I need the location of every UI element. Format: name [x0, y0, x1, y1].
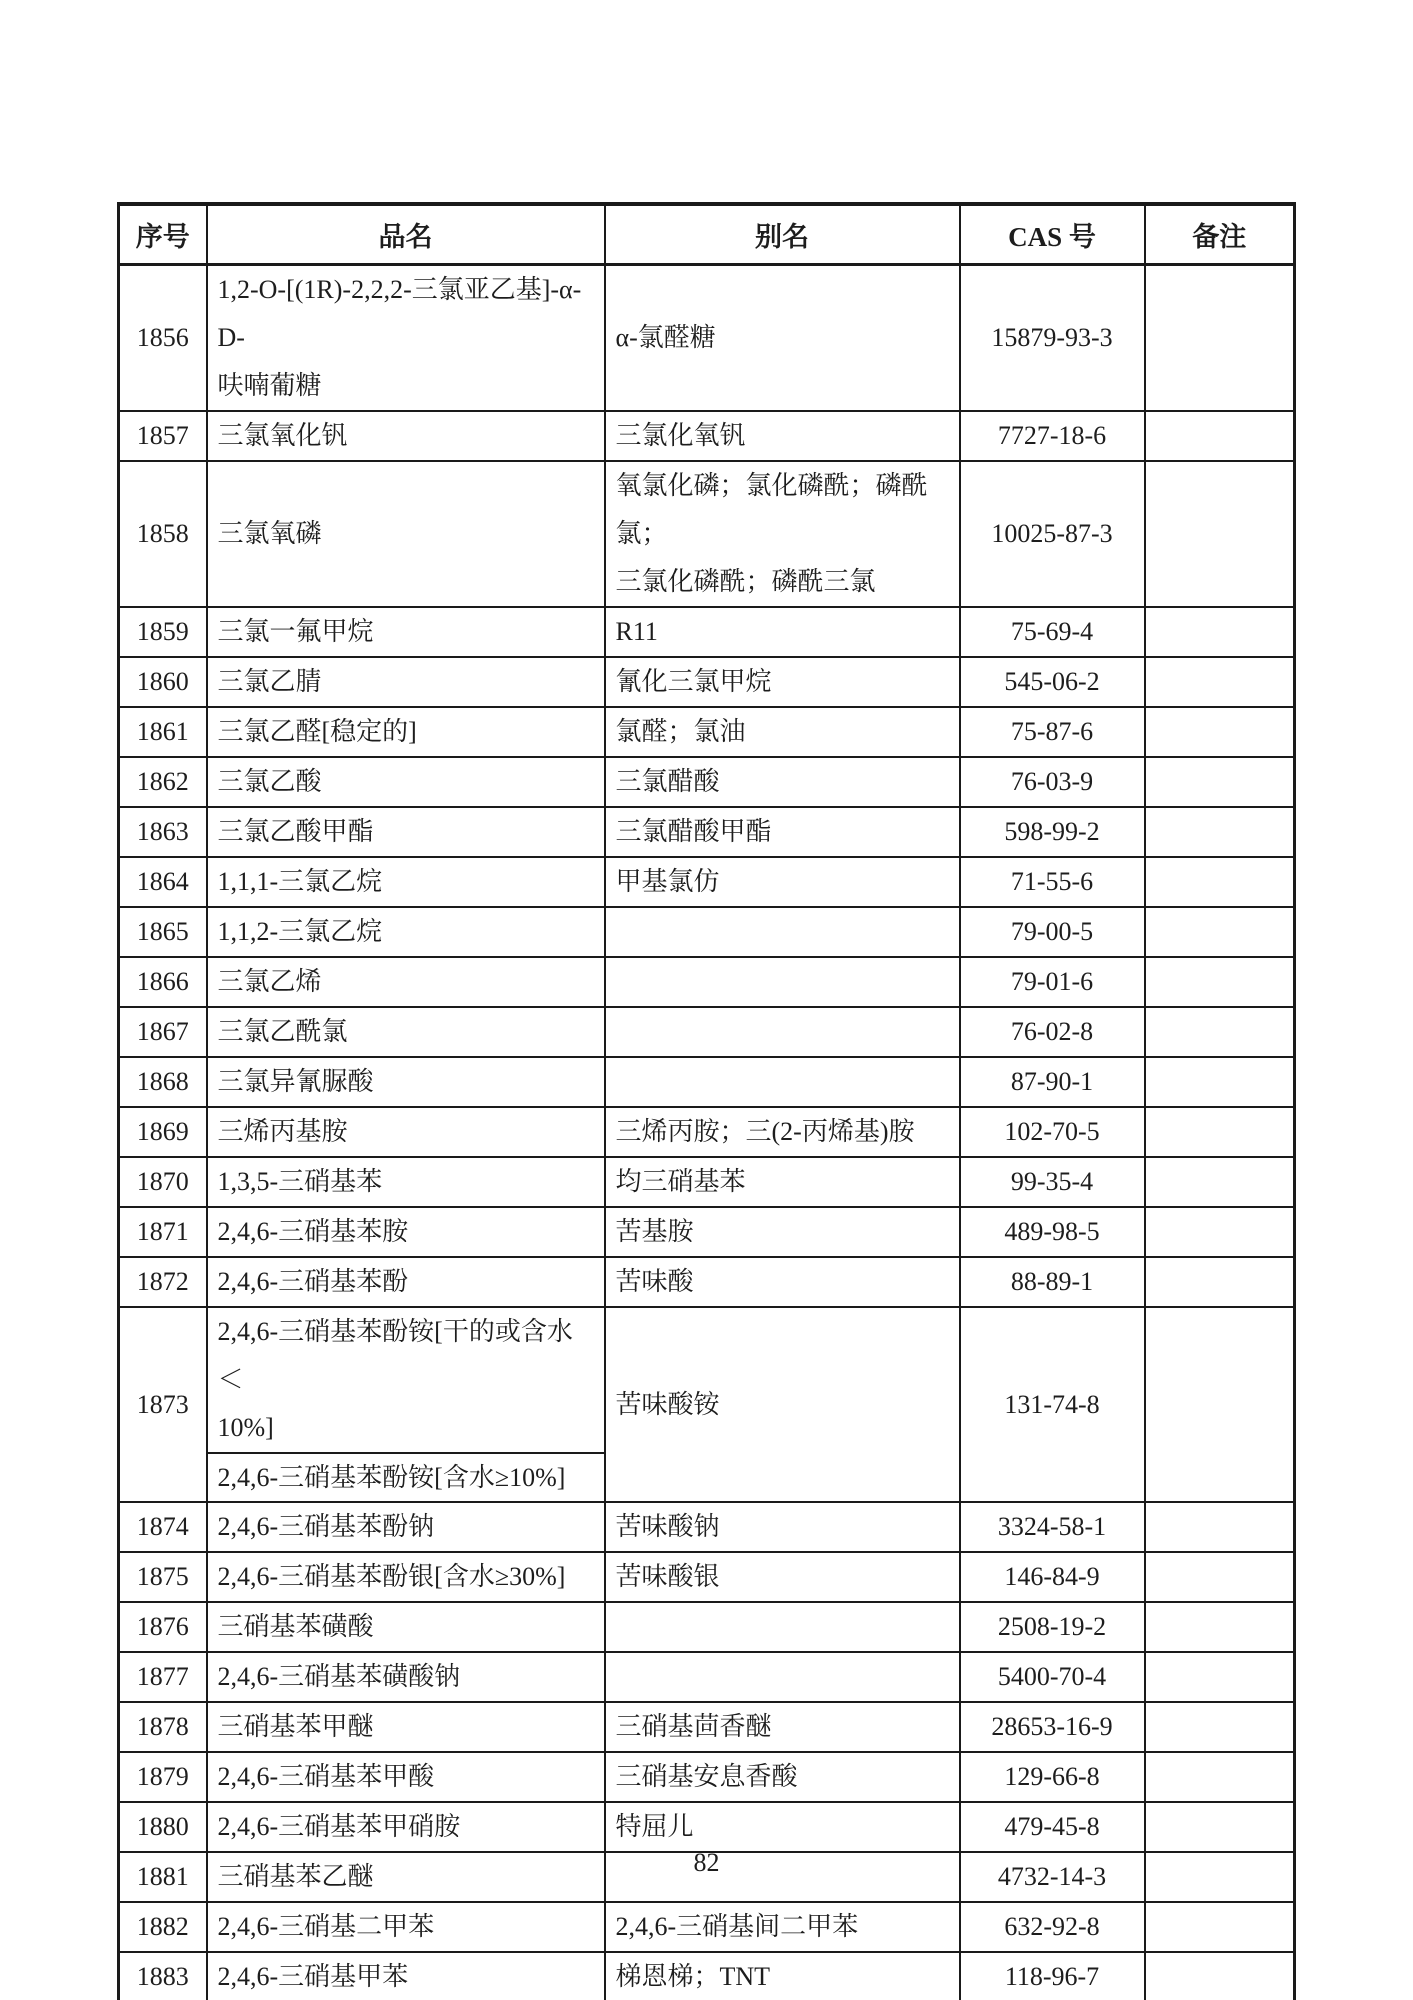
cell-serial: 1882	[119, 1902, 207, 1952]
cell-serial: 1859	[119, 607, 207, 657]
table-row: 1868三氯异氰脲酸87-90-1	[119, 1057, 1295, 1107]
cell-name: 1,1,1-三氯乙烷	[207, 857, 605, 907]
cell-alias: 氰化三氯甲烷	[605, 657, 960, 707]
cell-remark	[1145, 807, 1295, 857]
cell-alias: 苦味酸银	[605, 1552, 960, 1602]
cell-cas: 2508-19-2	[960, 1602, 1145, 1652]
text-line: 2,4,6-三硝基苯酚铵[干的或含水＜	[218, 1308, 594, 1404]
table-row: 1861三氯乙醛[稳定的]氯醛；氯油75-87-6	[119, 707, 1295, 757]
cell-cas: 545-06-2	[960, 657, 1145, 707]
cell-remark	[1145, 707, 1295, 757]
cell-name: 2,4,6-三硝基苯甲硝胺	[207, 1802, 605, 1852]
cell-serial: 1883	[119, 1952, 207, 2000]
cell-remark	[1145, 1007, 1295, 1057]
table-row: 1857三氯氧化钒三氯化氧钒7727-18-6	[119, 411, 1295, 461]
table-row: 1878三硝基苯甲醚三硝基茴香醚28653-16-9	[119, 1702, 1295, 1752]
cell-serial: 1876	[119, 1602, 207, 1652]
cell-remark	[1145, 1057, 1295, 1107]
cell-cas: 131-74-8	[960, 1307, 1145, 1502]
table-body: 18561,2-O-[(1R)-2,2,2-三氯亚乙基]-α-D-呋喃葡糖α-氯…	[119, 265, 1295, 2000]
table-row: 18752,4,6-三硝基苯酚银[含水≥30%]苦味酸银146-84-9	[119, 1552, 1295, 1602]
cell-alias: 三氯醋酸甲酯	[605, 807, 960, 857]
cell-serial: 1866	[119, 957, 207, 1007]
cell-alias: 梯恩梯；TNT	[605, 1952, 960, 2000]
cell-serial: 1864	[119, 857, 207, 907]
cell-serial: 1867	[119, 1007, 207, 1057]
cell-cas: 7727-18-6	[960, 411, 1145, 461]
text-line: 氧氯化磷；氯化磷酰；磷酰氯；	[616, 462, 949, 558]
cell-serial: 1869	[119, 1107, 207, 1157]
cell-serial: 1873	[119, 1307, 207, 1502]
cell-remark	[1145, 1902, 1295, 1952]
cell-remark	[1145, 657, 1295, 707]
text-line: 呋喃葡糖	[218, 362, 594, 410]
cell-cas: 598-99-2	[960, 807, 1145, 857]
cell-name: 三氯一氟甲烷	[207, 607, 605, 657]
table-row: 18822,4,6-三硝基二甲苯2,4,6-三硝基间二甲苯632-92-8	[119, 1902, 1295, 1952]
cell-alias	[605, 1652, 960, 1702]
cell-name: 三氯氧磷	[207, 461, 605, 607]
cell-remark	[1145, 1802, 1295, 1852]
cell-name: 2,4,6-三硝基苯磺酸钠	[207, 1652, 605, 1702]
cell-name: 三氯乙醛[稳定的]	[207, 707, 605, 757]
cell-name: 2,4,6-三硝基二甲苯	[207, 1902, 605, 1952]
table-row: 18772,4,6-三硝基苯磺酸钠5400-70-4	[119, 1652, 1295, 1702]
cell-name: 三硝基苯甲醚	[207, 1702, 605, 1752]
column-header-alias: 别名	[605, 204, 960, 265]
table-row: 18651,1,2-三氯乙烷79-00-5	[119, 907, 1295, 957]
cell-remark	[1145, 1602, 1295, 1652]
cell-remark	[1145, 1502, 1295, 1552]
table-row: 18712,4,6-三硝基苯胺苦基胺489-98-5	[119, 1207, 1295, 1257]
cell-name: 三硝基苯磺酸	[207, 1602, 605, 1652]
cell-cas: 102-70-5	[960, 1107, 1145, 1157]
text-line: 三氯化磷酰；磷酰三氯	[616, 558, 949, 606]
cell-name: 2,4,6-三硝基甲苯	[207, 1952, 605, 2000]
cell-remark	[1145, 607, 1295, 657]
cell-cas: 76-02-8	[960, 1007, 1145, 1057]
cell-serial: 1862	[119, 757, 207, 807]
cell-serial: 1872	[119, 1257, 207, 1307]
cell-name: 2,4,6-三硝基苯甲酸	[207, 1752, 605, 1802]
cell-serial: 1875	[119, 1552, 207, 1602]
cell-remark	[1145, 461, 1295, 607]
cell-cas: 75-87-6	[960, 707, 1145, 757]
cell-name: 三氯乙腈	[207, 657, 605, 707]
cell-alias: 三氯化氧钒	[605, 411, 960, 461]
cell-remark	[1145, 1307, 1295, 1502]
table-row: 1863三氯乙酸甲酯三氯醋酸甲酯598-99-2	[119, 807, 1295, 857]
table-row: 18832,4,6-三硝基甲苯梯恩梯；TNT118-96-7	[119, 1952, 1295, 2000]
cell-remark	[1145, 1552, 1295, 1602]
cell-cas: 71-55-6	[960, 857, 1145, 907]
cell-serial: 1857	[119, 411, 207, 461]
header-row: 序号品名别名CAS 号备注	[119, 204, 1295, 265]
cell-serial: 1871	[119, 1207, 207, 1257]
table-row: 1862三氯乙酸三氯醋酸76-03-9	[119, 757, 1295, 807]
cell-alias: 苦基胺	[605, 1207, 960, 1257]
cell-cas: 76-03-9	[960, 757, 1145, 807]
cell-remark	[1145, 1207, 1295, 1257]
cell-name: 1,3,5-三硝基苯	[207, 1157, 605, 1207]
cell-serial: 1861	[119, 707, 207, 757]
cell-alias: 均三硝基苯	[605, 1157, 960, 1207]
cell-cas: 489-98-5	[960, 1207, 1145, 1257]
cell-alias: 三硝基安息香酸	[605, 1752, 960, 1802]
cell-alias: 苦味酸铵	[605, 1307, 960, 1502]
table-row: 18742,4,6-三硝基苯酚钠苦味酸钠3324-58-1	[119, 1502, 1295, 1552]
page-number: 82	[0, 1848, 1413, 1878]
cell-remark	[1145, 411, 1295, 461]
cell-name: 1,1,2-三氯乙烷	[207, 907, 605, 957]
table-row: 1867三氯乙酰氯76-02-8	[119, 1007, 1295, 1057]
cell-name: 三氯乙酸	[207, 757, 605, 807]
chemicals-table: 序号品名别名CAS 号备注 18561,2-O-[(1R)-2,2,2-三氯亚乙…	[117, 202, 1296, 2000]
cell-name: 2,4,6-三硝基苯胺	[207, 1207, 605, 1257]
column-header-remark: 备注	[1145, 204, 1295, 265]
table-row: 18802,4,6-三硝基苯甲硝胺特屈儿479-45-8	[119, 1802, 1295, 1852]
cell-alias: 2,4,6-三硝基间二甲苯	[605, 1902, 960, 1952]
cell-alias: 氯醛；氯油	[605, 707, 960, 757]
cell-remark	[1145, 907, 1295, 957]
cell-alias: 苦味酸	[605, 1257, 960, 1307]
cell-cas: 146-84-9	[960, 1552, 1145, 1602]
text-line: 1,2-O-[(1R)-2,2,2-三氯亚乙基]-α-D-	[218, 266, 594, 362]
cell-alias: 苦味酸钠	[605, 1502, 960, 1552]
table-row: 18722,4,6-三硝基苯酚苦味酸88-89-1	[119, 1257, 1295, 1307]
cell-cas: 3324-58-1	[960, 1502, 1145, 1552]
cell-serial: 1880	[119, 1802, 207, 1852]
cell-cas: 15879-93-3	[960, 265, 1145, 412]
cell-serial: 1860	[119, 657, 207, 707]
table-row: 1866三氯乙烯79-01-6	[119, 957, 1295, 1007]
cell-alias: 三烯丙胺；三(2-丙烯基)胺	[605, 1107, 960, 1157]
table-row: 1860三氯乙腈氰化三氯甲烷545-06-2	[119, 657, 1295, 707]
cell-cas: 99-35-4	[960, 1157, 1145, 1207]
cell-name: 三氯乙烯	[207, 957, 605, 1007]
table-row: 18701,3,5-三硝基苯均三硝基苯99-35-4	[119, 1157, 1295, 1207]
cell-serial: 1856	[119, 265, 207, 412]
cell-cas: 79-00-5	[960, 907, 1145, 957]
cell-alias	[605, 957, 960, 1007]
cell-cas: 129-66-8	[960, 1752, 1145, 1802]
cell-serial: 1870	[119, 1157, 207, 1207]
cell-name: 2,4,6-三硝基苯酚	[207, 1257, 605, 1307]
cell-name: 三烯丙基胺	[207, 1107, 605, 1157]
cell-cas: 28653-16-9	[960, 1702, 1145, 1752]
cell-serial: 1879	[119, 1752, 207, 1802]
table-row: 1869三烯丙基胺三烯丙胺；三(2-丙烯基)胺102-70-5	[119, 1107, 1295, 1157]
cell-remark	[1145, 1652, 1295, 1702]
cell-cas: 118-96-7	[960, 1952, 1145, 2000]
table-row: 1876三硝基苯磺酸2508-19-2	[119, 1602, 1295, 1652]
cell-serial: 1868	[119, 1057, 207, 1107]
cell-name: 2,4,6-三硝基苯酚铵[干的或含水＜10%]2,4,6-三硝基苯酚铵[含水≥1…	[207, 1307, 605, 1502]
cell-serial: 1858	[119, 461, 207, 607]
sub-cell: 2,4,6-三硝基苯酚铵[含水≥10%]	[208, 1454, 604, 1501]
cell-name: 1,2-O-[(1R)-2,2,2-三氯亚乙基]-α-D-呋喃葡糖	[207, 265, 605, 412]
cell-cas: 632-92-8	[960, 1902, 1145, 1952]
cell-alias	[605, 1602, 960, 1652]
cell-alias: 三氯醋酸	[605, 757, 960, 807]
cell-cas: 75-69-4	[960, 607, 1145, 657]
cell-remark	[1145, 957, 1295, 1007]
cell-alias: 甲基氯仿	[605, 857, 960, 907]
column-header-serial: 序号	[119, 204, 207, 265]
cell-serial: 1865	[119, 907, 207, 957]
table-row: 18732,4,6-三硝基苯酚铵[干的或含水＜10%]2,4,6-三硝基苯酚铵[…	[119, 1307, 1295, 1502]
cell-remark	[1145, 1257, 1295, 1307]
cell-alias: 特屈儿	[605, 1802, 960, 1852]
table-row: 18792,4,6-三硝基苯甲酸三硝基安息香酸129-66-8	[119, 1752, 1295, 1802]
cell-name: 2,4,6-三硝基苯酚钠	[207, 1502, 605, 1552]
column-header-name: 品名	[207, 204, 605, 265]
cell-remark	[1145, 265, 1295, 412]
cell-remark	[1145, 1107, 1295, 1157]
cell-serial: 1878	[119, 1702, 207, 1752]
cell-cas: 87-90-1	[960, 1057, 1145, 1107]
cell-cas: 79-01-6	[960, 957, 1145, 1007]
cell-alias: 氧氯化磷；氯化磷酰；磷酰氯；三氯化磷酰；磷酰三氯	[605, 461, 960, 607]
cell-serial: 1877	[119, 1652, 207, 1702]
cell-name: 三氯异氰脲酸	[207, 1057, 605, 1107]
cell-alias	[605, 907, 960, 957]
table-row: 18641,1,1-三氯乙烷甲基氯仿71-55-6	[119, 857, 1295, 907]
cell-name: 三氯氧化钒	[207, 411, 605, 461]
document-page: 序号品名别名CAS 号备注 18561,2-O-[(1R)-2,2,2-三氯亚乙…	[0, 0, 1413, 2000]
table-row: 18561,2-O-[(1R)-2,2,2-三氯亚乙基]-α-D-呋喃葡糖α-氯…	[119, 265, 1295, 412]
text-line: 10%]	[218, 1404, 594, 1452]
cell-remark	[1145, 757, 1295, 807]
cell-serial: 1863	[119, 807, 207, 857]
cell-name: 2,4,6-三硝基苯酚银[含水≥30%]	[207, 1552, 605, 1602]
cell-remark	[1145, 1157, 1295, 1207]
cell-remark	[1145, 1752, 1295, 1802]
column-header-cas: CAS 号	[960, 204, 1145, 265]
cell-serial: 1874	[119, 1502, 207, 1552]
cell-name: 三氯乙酰氯	[207, 1007, 605, 1057]
table-row: 1858三氯氧磷氧氯化磷；氯化磷酰；磷酰氯；三氯化磷酰；磷酰三氯10025-87…	[119, 461, 1295, 607]
cell-cas: 10025-87-3	[960, 461, 1145, 607]
cell-name: 三氯乙酸甲酯	[207, 807, 605, 857]
cell-alias	[605, 1057, 960, 1107]
cell-remark	[1145, 857, 1295, 907]
cell-remark	[1145, 1702, 1295, 1752]
sub-cell: 2,4,6-三硝基苯酚铵[干的或含水＜10%]	[208, 1308, 604, 1454]
table-row: 1859三氯一氟甲烷R1175-69-4	[119, 607, 1295, 657]
cell-remark	[1145, 1952, 1295, 2000]
cell-alias: R11	[605, 607, 960, 657]
cell-cas: 5400-70-4	[960, 1652, 1145, 1702]
cell-alias: α-氯醛糖	[605, 265, 960, 412]
cell-alias: 三硝基茴香醚	[605, 1702, 960, 1752]
cell-cas: 88-89-1	[960, 1257, 1145, 1307]
table-header: 序号品名别名CAS 号备注	[119, 204, 1295, 265]
cell-alias	[605, 1007, 960, 1057]
cell-cas: 479-45-8	[960, 1802, 1145, 1852]
